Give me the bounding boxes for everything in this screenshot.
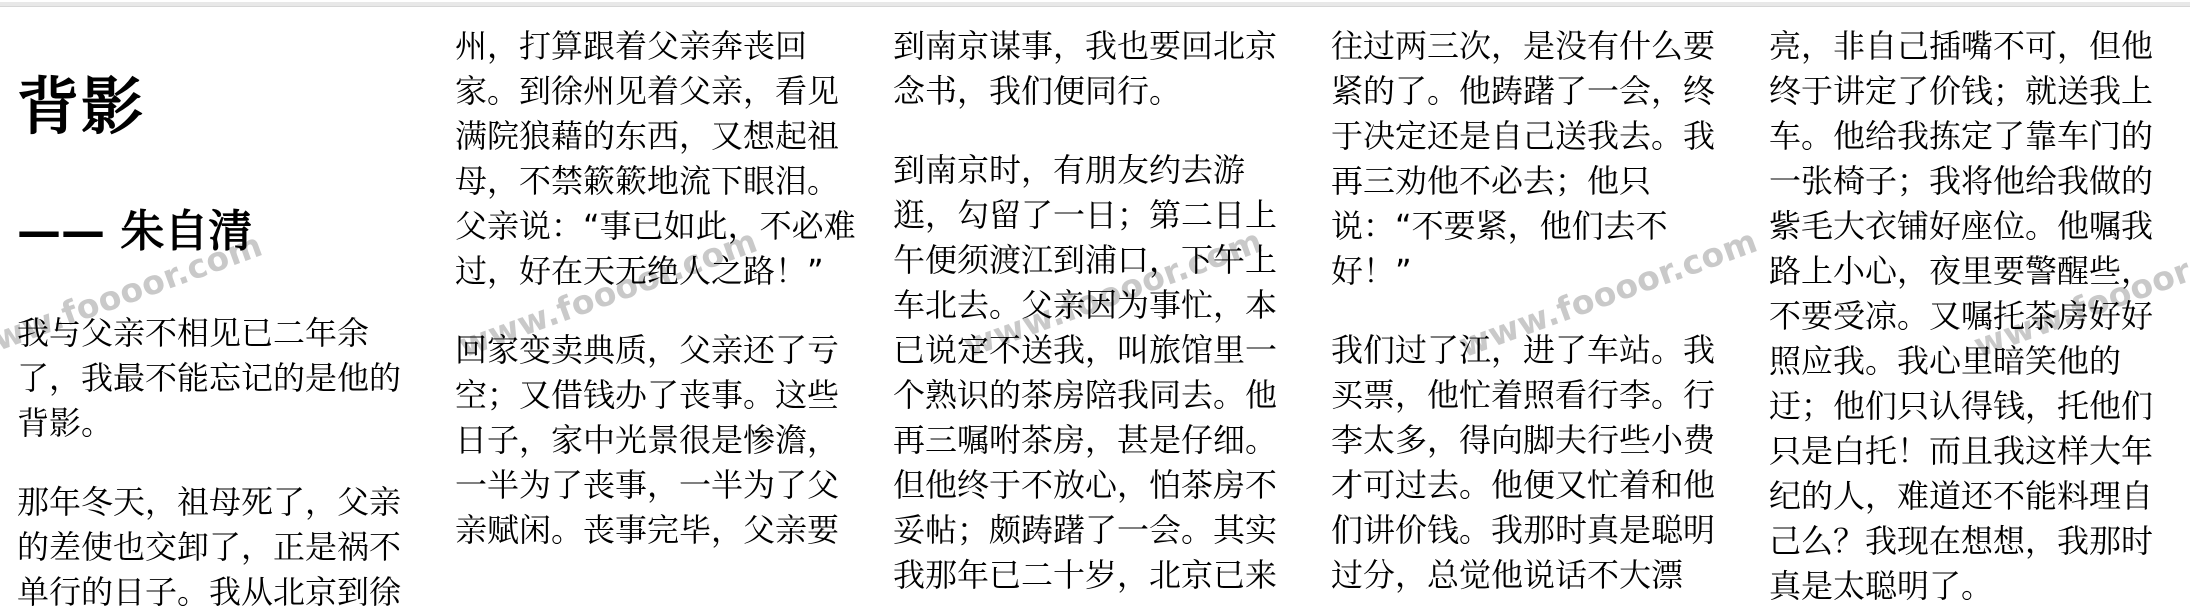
text-line: 路上小心，夜里要警醒些， xyxy=(1769,249,2150,294)
column: 亮，非自己插嘴不可，但他终于讲定了价钱；就送我上车。他给我拣定了靠车门的一张椅子… xyxy=(1769,24,2150,612)
paragraph: 回家变卖典质，父亲还了亏空；又借钱办了丧事。这些日子，家中光景很是惨澹，一半为了… xyxy=(455,328,836,553)
text-line: 过分，总觉他说话不大漂 xyxy=(1331,553,1712,598)
text-line: 车。他给我拣定了靠车门的 xyxy=(1769,114,2150,159)
text-line: 纪的人，难道还不能料理自 xyxy=(1769,474,2150,519)
text-line: 们讲价钱。我那时真是聪明 xyxy=(1331,508,1712,553)
article-columns: 背影—— 朱自清我与父亲不相见已二年余了，我最不能忘记的是他的背影。那年冬天，祖… xyxy=(0,0,2190,612)
text-line: 个熟识的茶房陪我同去。他 xyxy=(893,373,1274,418)
text-line: 日子，家中光景很是惨澹， xyxy=(455,418,836,463)
column: 州，打算跟着父亲奔丧回家。到徐州见着父亲，看见满院狼藉的东西，又想起祖母，不禁簌… xyxy=(455,24,836,612)
text-line: 但他终于不放心，怕茶房不 xyxy=(893,463,1274,508)
text-line: 一张椅子；我将他给我做的 xyxy=(1769,159,2150,204)
text-line: 回家变卖典质，父亲还了亏 xyxy=(455,328,836,373)
text-line: 父亲说：“事已如此，不必难 xyxy=(455,204,836,249)
text-line: 再三劝他不必去；他只 xyxy=(1331,159,1712,204)
text-line: 再三嘱咐茶房，甚是仔细。 xyxy=(893,418,1274,463)
text-line: 好！” xyxy=(1331,249,1712,294)
paragraph: 那年冬天，祖母死了，父亲的差使也交卸了，正是祸不单行的日子。我从北京到徐 xyxy=(17,480,398,612)
paragraph: 我与父亲不相见已二年余了，我最不能忘记的是他的背影。 xyxy=(17,311,398,446)
paragraph: 我们过了江，进了车站。我买票，他忙着照看行李。行李太多，得向脚夫行些小费才可过去… xyxy=(1331,328,1712,598)
text-line: 了，我最不能忘记的是他的 xyxy=(17,356,398,401)
text-line: 的差使也交卸了，正是祸不 xyxy=(17,525,398,570)
text-line: 已说定不送我，叫旅馆里一 xyxy=(893,328,1274,373)
text-line: 只是白托！而且我这样大年 xyxy=(1769,429,2150,474)
text-line: 到南京时，有朋友约去游 xyxy=(893,148,1274,193)
article-title: 背影 xyxy=(17,69,398,145)
text-line: 到南京谋事，我也要回北京 xyxy=(893,24,1274,69)
paragraph: 到南京时，有朋友约去游逛，勾留了一日；第二日上午便须渡江到浦口，下午上车北去。父… xyxy=(893,148,1274,598)
text-line: 买票，他忙着照看行李。行 xyxy=(1331,373,1712,418)
article-author: —— 朱自清 xyxy=(17,205,398,258)
text-line: 不要受凉。又嘱托茶房好好 xyxy=(1769,294,2150,339)
column: 往过两三次，是没有什么要紧的了。他踌躇了一会，终于决定还是自己送我去。我再三劝他… xyxy=(1331,24,1712,612)
text-line: 逛，勾留了一日；第二日上 xyxy=(893,193,1274,238)
column: 到南京谋事，我也要回北京念书，我们便同行。到南京时，有朋友约去游逛，勾留了一日；… xyxy=(893,24,1274,612)
text-line: 我们过了江，进了车站。我 xyxy=(1331,328,1712,373)
paragraph: 往过两三次，是没有什么要紧的了。他踌躇了一会，终于决定还是自己送我去。我再三劝他… xyxy=(1331,24,1712,294)
text-line: 己么？我现在想想，我那时 xyxy=(1769,519,2150,564)
paragraph: 亮，非自己插嘴不可，但他终于讲定了价钱；就送我上车。他给我拣定了靠车门的一张椅子… xyxy=(1769,24,2150,609)
text-line: 亮，非自己插嘴不可，但他 xyxy=(1769,24,2150,69)
column: 背影—— 朱自清我与父亲不相见已二年余了，我最不能忘记的是他的背影。那年冬天，祖… xyxy=(17,24,398,612)
text-line: 午便须渡江到浦口，下午上 xyxy=(893,238,1274,283)
text-line: 亲赋闲。丧事完毕，父亲要 xyxy=(455,508,836,553)
text-line: 于决定还是自己送我去。我 xyxy=(1331,114,1712,159)
text-line: 才可过去。他便又忙着和他 xyxy=(1331,463,1712,508)
text-line: 满院狼藉的东西，又想起祖 xyxy=(455,114,836,159)
text-line: 车北去。父亲因为事忙，本 xyxy=(893,283,1274,328)
text-line: 空；又借钱办了丧事。这些 xyxy=(455,373,836,418)
text-line: 背影。 xyxy=(17,401,398,446)
text-line: 我与父亲不相见已二年余 xyxy=(17,311,398,356)
text-line: 真是太聪明了。 xyxy=(1769,564,2150,609)
text-line: 紧的了。他踌躇了一会，终 xyxy=(1331,69,1712,114)
text-line: 紫毛大衣铺好座位。他嘱我 xyxy=(1769,204,2150,249)
text-line: 州，打算跟着父亲奔丧回 xyxy=(455,24,836,69)
paragraph: 到南京谋事，我也要回北京念书，我们便同行。 xyxy=(893,24,1274,114)
text-line: 母，不禁簌簌地流下眼泪。 xyxy=(455,159,836,204)
article-page: { "watermark": { "text": "www.foooor.com… xyxy=(0,0,2190,612)
paragraph: 州，打算跟着父亲奔丧回家。到徐州见着父亲，看见满院狼藉的东西，又想起祖母，不禁簌… xyxy=(455,24,836,294)
text-line: 过，好在天无绝人之路！” xyxy=(455,249,836,294)
text-line: 李太多，得向脚夫行些小费 xyxy=(1331,418,1712,463)
text-line: 终于讲定了价钱；就送我上 xyxy=(1769,69,2150,114)
text-line: 一半为了丧事，一半为了父 xyxy=(455,463,836,508)
text-line: 往过两三次，是没有什么要 xyxy=(1331,24,1712,69)
text-line: 照应我。我心里暗笑他的 xyxy=(1769,339,2150,384)
text-line: 单行的日子。我从北京到徐 xyxy=(17,570,398,612)
text-line: 迂；他们只认得钱，托他们 xyxy=(1769,384,2150,429)
text-line: 说：“不要紧，他们去不 xyxy=(1331,204,1712,249)
text-line: 家。到徐州见着父亲，看见 xyxy=(455,69,836,114)
text-line: 念书，我们便同行。 xyxy=(893,69,1274,114)
text-line: 我那年已二十岁，北京已来 xyxy=(893,553,1274,598)
text-line: 那年冬天，祖母死了，父亲 xyxy=(17,480,398,525)
text-line: 妥帖；颇踌躇了一会。其实 xyxy=(893,508,1274,553)
